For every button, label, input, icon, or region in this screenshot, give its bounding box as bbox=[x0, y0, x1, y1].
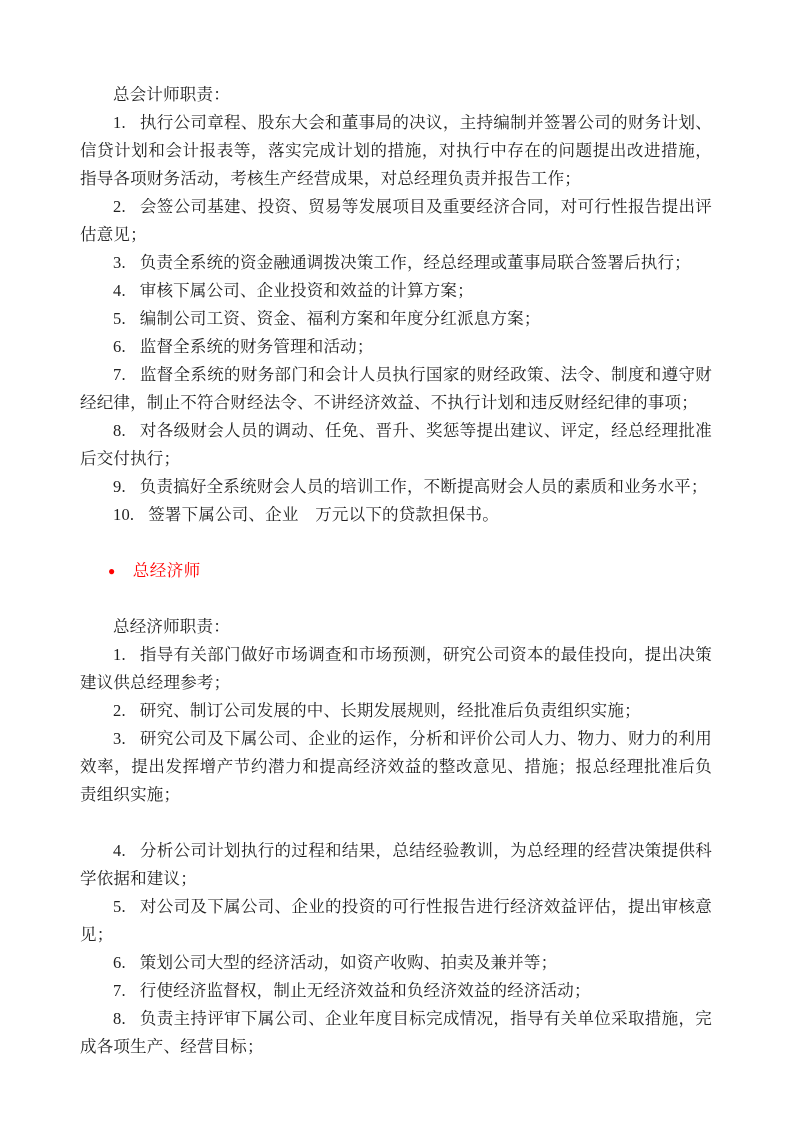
list-item: 6.策划公司大型的经济活动，如资产收购、拍卖及兼并等； bbox=[80, 949, 712, 977]
item-number: 7. bbox=[113, 981, 126, 1000]
document-page: 总会计师职责： 1.执行公司章程、股东大会和董事局的决议，主持编制并签署公司的财… bbox=[0, 0, 793, 1122]
item-number: 5. bbox=[113, 309, 126, 328]
item-text: 研究、制订公司发展的中、长期发展规则，经批准后负责组织实施； bbox=[140, 701, 641, 720]
item-text: 负责主持评审下属公司、企业年度目标完成情况，指导有关单位采取措施，完成各项生产、… bbox=[80, 1009, 712, 1056]
item-text: 策划公司大型的经济活动，如资产收购、拍卖及兼并等； bbox=[140, 953, 558, 972]
item-text: 监督全系统的财务部门和会计人员执行国家的财经政策、法令、制度和遵守财经纪律，制止… bbox=[80, 365, 712, 412]
list-item: 7.行使经济监督权，制止无经济效益和负经济效益的经济活动； bbox=[80, 977, 712, 1005]
item-number: 7. bbox=[113, 365, 126, 384]
item-number: 5. bbox=[113, 897, 126, 916]
item-text: 执行公司章程、股东大会和董事局的决议，主持编制并签署公司的财务计划、信贷计划和会… bbox=[80, 113, 712, 188]
bullet-icon: ● bbox=[108, 564, 116, 578]
list-item: 1.执行公司章程、股东大会和董事局的决议，主持编制并签署公司的财务计划、信贷计划… bbox=[80, 109, 712, 193]
item-number: 8. bbox=[113, 1009, 126, 1028]
item-text: 分析公司计划执行的过程和结果，总结经验教训，为总经理的经营决策提供科学依据和建议… bbox=[80, 841, 712, 888]
list-item: 9.负责搞好全系统财会人员的培训工作，不断提高财会人员的素质和业务水平； bbox=[80, 473, 712, 501]
list-item: 10.签署下属公司、企业 万元以下的贷款担保书。 bbox=[80, 501, 712, 529]
list-item: 5.编制公司工资、资金、福利方案和年度分红派息方案； bbox=[80, 305, 712, 333]
item-text: 会签公司基建、投资、贸易等发展项目及重要经济合同，对可行性报告提出评估意见； bbox=[80, 197, 712, 244]
list-item: 5.对公司及下属公司、企业的投资的可行性报告进行经济效益评估，提出审核意见； bbox=[80, 893, 712, 949]
document-content: 总会计师职责： 1.执行公司章程、股东大会和董事局的决议，主持编制并签署公司的财… bbox=[0, 0, 793, 1061]
item-number: 3. bbox=[113, 253, 126, 272]
item-text: 签署下属公司、企业 万元以下的贷款担保书。 bbox=[148, 505, 499, 524]
list-item: 7.监督全系统的财务部门和会计人员执行国家的财经政策、法令、制度和遵守财经纪律，… bbox=[80, 361, 712, 417]
item-text: 负责全系统的资金融通调拨决策工作，经总经理或董事局联合签署后执行； bbox=[140, 253, 691, 272]
section-title-economist: 总经济师职责： bbox=[80, 613, 712, 641]
item-text: 负责搞好全系统财会人员的培训工作，不断提高财会人员的素质和业务水平； bbox=[140, 477, 708, 496]
blank-line bbox=[80, 809, 712, 837]
item-number: 6. bbox=[113, 953, 126, 972]
blank-line bbox=[80, 529, 712, 557]
item-number: 2. bbox=[113, 701, 126, 720]
item-text: 监督全系统的财务管理和活动； bbox=[140, 337, 374, 356]
item-text: 研究公司及下属公司、企业的运作，分析和评价公司人力、物力、财力的利用效率，提出发… bbox=[80, 729, 712, 804]
item-text: 编制公司工资、资金、福利方案和年度分红派息方案； bbox=[140, 309, 541, 328]
list-item: 4.分析公司计划执行的过程和结果，总结经验教训，为总经理的经营决策提供科学依据和… bbox=[80, 837, 712, 893]
item-number: 2. bbox=[113, 197, 126, 216]
item-text: 行使经济监督权，制止无经济效益和负经济效益的经济活动； bbox=[140, 981, 591, 1000]
item-number: 1. bbox=[113, 645, 126, 664]
item-text: 审核下属公司、企业投资和效益的计算方案； bbox=[140, 281, 474, 300]
item-number: 8. bbox=[113, 421, 126, 440]
list-item: 4.审核下属公司、企业投资和效益的计算方案； bbox=[80, 277, 712, 305]
item-number: 4. bbox=[113, 281, 126, 300]
list-item: 2.研究、制订公司发展的中、长期发展规则，经批准后负责组织实施； bbox=[80, 697, 712, 725]
list-item: 1.指导有关部门做好市场调查和市场预测，研究公司资本的最佳投向，提出决策建议供总… bbox=[80, 641, 712, 697]
item-number: 9. bbox=[113, 477, 126, 496]
economist-heading: ●总经济师 bbox=[80, 557, 712, 585]
economist-heading-label: 总经济师 bbox=[133, 561, 201, 580]
item-number: 3. bbox=[113, 729, 126, 748]
list-item: 8.对各级财会人员的调动、任免、晋升、奖惩等提出建议、评定，经总经理批准后交付执… bbox=[80, 417, 712, 473]
list-item: 8.负责主持评审下属公司、企业年度目标完成情况，指导有关单位采取措施，完成各项生… bbox=[80, 1005, 712, 1061]
item-text: 对公司及下属公司、企业的投资的可行性报告进行经济效益评估，提出审核意见； bbox=[80, 897, 712, 944]
item-text: 指导有关部门做好市场调查和市场预测，研究公司资本的最佳投向，提出决策建议供总经理… bbox=[80, 645, 712, 692]
section-title-accountant: 总会计师职责： bbox=[80, 81, 712, 109]
list-item: 3.研究公司及下属公司、企业的运作，分析和评价公司人力、物力、财力的利用效率，提… bbox=[80, 725, 712, 809]
item-number: 1. bbox=[113, 113, 126, 132]
item-number: 4. bbox=[113, 841, 126, 860]
item-number: 6. bbox=[113, 337, 126, 356]
blank-line bbox=[80, 585, 712, 613]
item-number: 10. bbox=[113, 505, 134, 524]
list-item: 2.会签公司基建、投资、贸易等发展项目及重要经济合同，对可行性报告提出评估意见； bbox=[80, 193, 712, 249]
item-text: 对各级财会人员的调动、任免、晋升、奖惩等提出建议、评定，经总经理批准后交付执行； bbox=[80, 421, 712, 468]
list-item: 6.监督全系统的财务管理和活动； bbox=[80, 333, 712, 361]
list-item: 3.负责全系统的资金融通调拨决策工作，经总经理或董事局联合签署后执行； bbox=[80, 249, 712, 277]
